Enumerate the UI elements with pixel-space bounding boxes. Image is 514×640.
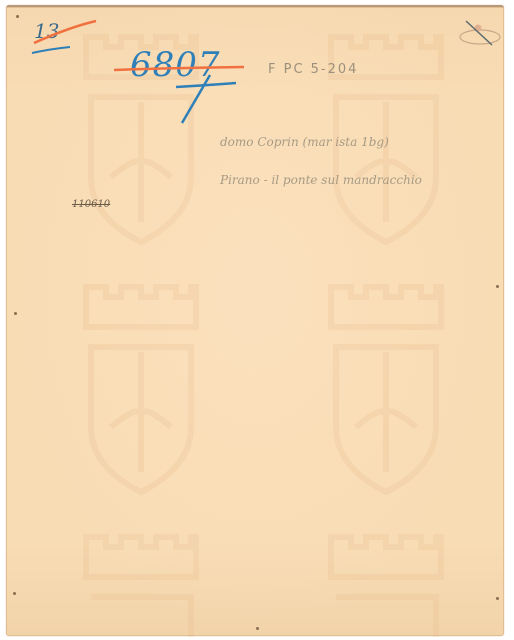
watermark-crest-icon	[321, 277, 451, 497]
pin-hole	[496, 597, 499, 600]
old-number: 110610	[72, 199, 110, 210]
watermark-crest-icon	[76, 527, 206, 637]
red-strike-mark	[30, 15, 100, 55]
pin-hole	[14, 312, 17, 315]
pin-hole	[16, 15, 19, 18]
description-line-2: Pirano - il ponte sul mandracchio	[220, 173, 422, 187]
description-line-1: domo Coprin (mar ista 1bg)	[220, 135, 389, 149]
inventory-strike-mark	[110, 57, 250, 127]
watermark-crest-icon	[321, 527, 451, 637]
watermark-crest-icon	[76, 277, 206, 497]
pin-hole	[496, 285, 499, 288]
pin-hole	[13, 592, 16, 595]
shelfmark: F PC 5-204	[268, 62, 358, 77]
corner-mark-icon	[458, 15, 504, 49]
photo-mount-back: 13 6807 F PC 5-204 domo Coprin (mar ista…	[6, 5, 504, 636]
pin-hole	[256, 627, 259, 630]
